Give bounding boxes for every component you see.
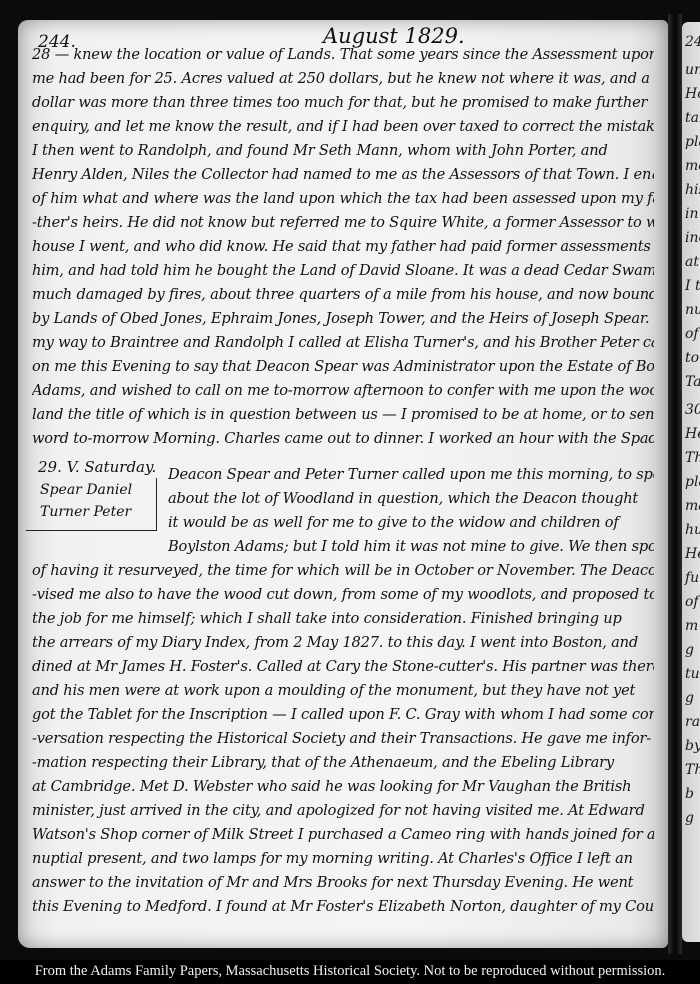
diary-line: him, and had told him he bought the Land… — [32, 262, 654, 288]
facing-fragment: at — [685, 254, 699, 270]
diary-line: about the lot of Woodland in question, w… — [168, 490, 654, 516]
diary-line: answer to the invitation of Mr and Mrs B… — [32, 874, 654, 900]
diary-line: house I went, and who did know. He said … — [32, 238, 654, 264]
facing-fragment: by — [685, 738, 700, 754]
facing-fragment: 24 — [685, 34, 700, 50]
diary-line: -vised me also to have the wood cut down… — [32, 586, 654, 612]
book-gutter — [668, 14, 682, 954]
margin-name: Turner Peter — [40, 504, 131, 520]
diary-line: my way to Braintree and Randolph I calle… — [32, 334, 654, 360]
facing-fragment: pla — [685, 134, 700, 150]
diary-line: on me this Evening to say that Deacon Sp… — [32, 358, 654, 384]
entry-date: 29. V. Saturday. — [38, 458, 156, 476]
diary-line: nuptial present, and two lamps for my mo… — [32, 850, 654, 876]
facing-fragment: ra — [685, 714, 700, 730]
facing-page-edge: 24 un Ho tal pla me his in f ined at I t… — [682, 22, 700, 942]
diary-line: and his men were at work upon a moulding… — [32, 682, 654, 708]
facing-fragment: hu — [685, 522, 700, 538]
facing-fragment: g — [685, 642, 694, 658]
diary-line: word to-morrow Morning. Charles came out… — [32, 430, 654, 456]
diary-line: Deacon Spear and Peter Turner called upo… — [168, 466, 654, 492]
diary-line: 28 — knew the location or value of Lands… — [32, 46, 654, 72]
facing-fragment: He — [685, 546, 700, 562]
facing-fragment: to Th — [685, 350, 700, 366]
diary-line: the job for me himself; which I shall ta… — [32, 610, 654, 636]
diary-line: much damaged by fires, about three quart… — [32, 286, 654, 312]
facing-fragment: num — [685, 302, 700, 318]
facing-fragment: ined — [685, 230, 700, 246]
diary-line: -versation respecting the Historical Soc… — [32, 730, 654, 756]
facing-fragment: his — [685, 182, 700, 198]
facing-fragment: ma — [685, 498, 700, 514]
facing-fragment: He — [685, 426, 700, 442]
facing-fragment: tu — [685, 666, 700, 682]
diary-line: -mation respecting their Library, that o… — [32, 754, 654, 780]
diary-line: at Cambridge. Met D. Webster who said he… — [32, 778, 654, 804]
diary-line: dollar was more than three times too muc… — [32, 94, 654, 120]
facing-fragment: Ho — [685, 86, 700, 102]
diary-line: Adams, and wished to call on me to-morro… — [32, 382, 654, 408]
facing-fragment: un — [685, 62, 700, 78]
copyright-footer: From the Adams Family Papers, Massachuse… — [0, 960, 700, 984]
diary-line: I then went to Randolph, and found Mr Se… — [32, 142, 654, 168]
diary-line: the arrears of my Diary Index, from 2 Ma… — [32, 634, 654, 660]
date-heading: August 1829. — [323, 24, 465, 48]
diary-line: -ther's heirs. He did not know but refer… — [32, 214, 654, 240]
diary-line: land the title of which is in question b… — [32, 406, 654, 432]
diary-line: this Evening to Medford. I found at Mr F… — [32, 898, 654, 924]
facing-fragment: tal — [685, 110, 700, 126]
facing-fragment: of 4 — [685, 326, 700, 342]
facing-fragment: g — [685, 690, 694, 706]
diary-line: by Lands of Obed Jones, Ephraim Jones, J… — [32, 310, 654, 336]
facing-fragment: of — [685, 594, 699, 610]
facing-fragment: Th — [685, 450, 700, 466]
diary-line: minister, just arrived in the city, and … — [32, 802, 654, 828]
diary-line: Henry Alden, Niles the Collector had nam… — [32, 166, 654, 192]
facing-fragment: in f — [685, 206, 700, 222]
diary-line: of him what and where was the land upon … — [32, 190, 654, 216]
facing-fragment: Th — [685, 762, 700, 778]
manuscript-page: 244. August 1829. 28 — knew the location… — [18, 20, 668, 948]
facing-fragment: I ta — [685, 278, 700, 294]
facing-fragment: Tabl — [685, 374, 700, 390]
facing-fragment: fu — [685, 570, 699, 586]
diary-line: got the Tablet for the Inscription — I c… — [32, 706, 654, 732]
diary-line: enquiry, and let me know the result, and… — [32, 118, 654, 144]
facing-fragment: g — [685, 810, 694, 826]
diary-line: of having it resurveyed, the time for wh… — [32, 562, 654, 588]
margin-names-box: Spear Daniel Turner Peter — [26, 478, 157, 531]
facing-fragment: m — [685, 618, 698, 634]
facing-fragment: pla — [685, 474, 700, 490]
diary-line: Boylston Adams; but I told him it was no… — [168, 538, 654, 564]
facing-fragment: me — [685, 158, 700, 174]
diary-line: dined at Mr James H. Foster's. Called at… — [32, 658, 654, 684]
diary-line: Watson's Shop corner of Milk Street I pu… — [32, 826, 654, 852]
margin-name: Spear Daniel — [40, 482, 132, 498]
diary-line: me had been for 25. Acres valued at 250 … — [32, 70, 654, 96]
facing-fragment: b — [685, 786, 694, 802]
diary-line: it would be as well for me to give to th… — [168, 514, 654, 540]
facing-fragment: 30. — [685, 402, 700, 418]
